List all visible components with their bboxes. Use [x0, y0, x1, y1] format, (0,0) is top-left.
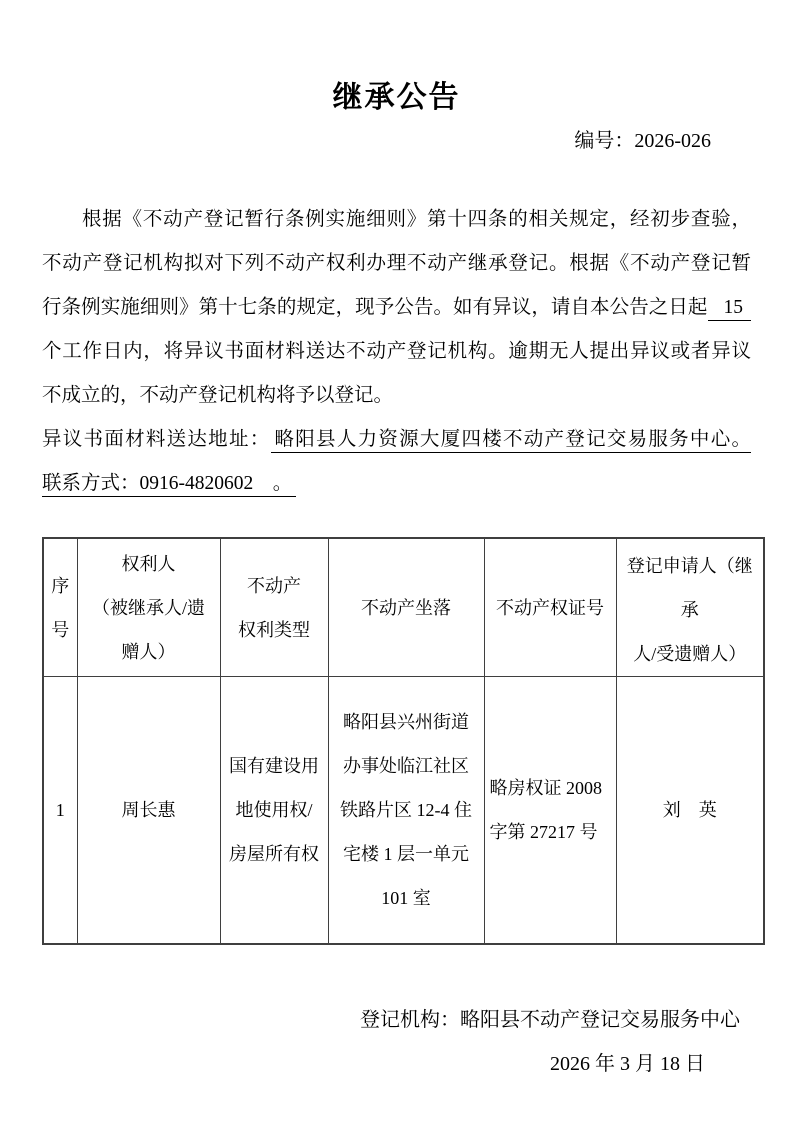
- header-right-type: 不动产 权利类型: [220, 538, 328, 677]
- body-line-4: 个工作日内，将异议书面材料送达不动产登记机构。逾期无人提出异议或者异议: [42, 330, 751, 374]
- footer: 登记机构：略阳县不动产登记交易服务中心 2026 年 3 月 18 日: [42, 998, 751, 1086]
- address-label: 异议书面材料送达地址：: [42, 429, 271, 450]
- contact-value: 联系方式：0916-4820602 。: [42, 473, 296, 497]
- registration-org: 登记机构：略阳县不动产登记交易服务中心: [42, 998, 751, 1042]
- body-line-2: 不动产登记机构拟对下列不动产权利办理不动产继承登记。根据《不动产登记暂: [42, 242, 751, 286]
- cell-cert-no: 略房权证 2008 字第 27217 号: [484, 677, 616, 944]
- body-line-3: 行条例实施细则》第十七条的规定，现予公告。如有异议，请自本公告之日起15: [42, 286, 751, 330]
- header-holder: 权利人 （被继承人/遗 赠人）: [77, 538, 220, 677]
- body-line-3-text: 行条例实施细则》第十七条的规定，现予公告。如有异议，请自本公告之日起: [42, 297, 708, 318]
- cell-right-type: 国有建设用 地使用权/ 房屋所有权: [220, 677, 328, 944]
- cell-location: 略阳县兴州街道 办事处临江社区 铁路片区 12-4 住 宅楼 1 层一单元 10…: [328, 677, 484, 944]
- inheritance-table: 序号 权利人 （被继承人/遗 赠人） 不动产 权利类型 不动产坐落 不动产权证号…: [42, 537, 765, 945]
- cell-holder: 周长惠: [77, 677, 220, 944]
- header-seq: 序号: [43, 538, 77, 677]
- body-line-1: 根据《不动产登记暂行条例实施细则》第十四条的相关规定，经初步查验，: [42, 198, 751, 242]
- header-cert-no: 不动产权证号: [484, 538, 616, 677]
- announcement-date: 2026 年 3 月 18 日: [42, 1042, 751, 1086]
- body-line-5: 不成立的，不动产登记机构将予以登记。: [42, 374, 751, 418]
- table-row: 1 周长惠 国有建设用 地使用权/ 房屋所有权 略阳县兴州街道 办事处临江社区 …: [43, 677, 764, 944]
- cell-seq: 1: [43, 677, 77, 944]
- contact-line: 联系方式：0916-4820602 。: [42, 462, 751, 506]
- document-page: 继承公告 编号：2026-026 根据《不动产登记暂行条例实施细则》第十四条的相…: [0, 80, 793, 1086]
- cell-applicant: 刘 英: [616, 677, 764, 944]
- address-value: 略阳县人力资源大厦四楼不动产登记交易服务中心。: [271, 429, 751, 453]
- address-line: 异议书面材料送达地址：略阳县人力资源大厦四楼不动产登记交易服务中心。: [42, 418, 751, 462]
- page-title: 继承公告: [42, 80, 751, 116]
- header-applicant: 登记申请人（继承 人/受遗赠人）: [616, 538, 764, 677]
- objection-days-value: 15: [708, 297, 752, 321]
- table-header-row: 序号 权利人 （被继承人/遗 赠人） 不动产 权利类型 不动产坐落 不动产权证号…: [43, 538, 764, 677]
- doc-number: 编号：2026-026: [42, 130, 751, 152]
- body-text: 根据《不动产登记暂行条例实施细则》第十四条的相关规定，经初步查验， 不动产登记机…: [42, 198, 751, 506]
- header-location: 不动产坐落: [328, 538, 484, 677]
